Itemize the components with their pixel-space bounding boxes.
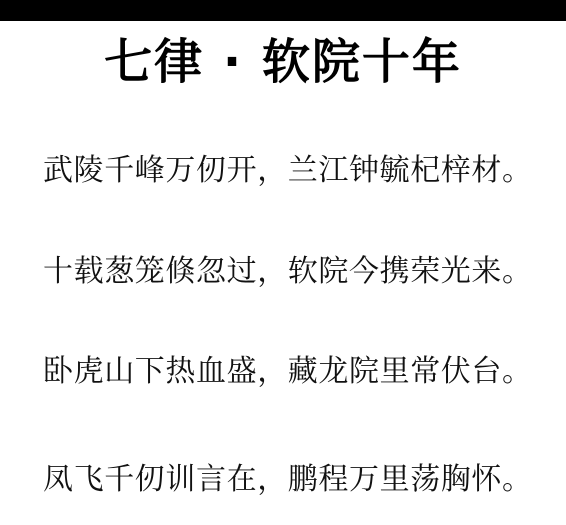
poem-line-1: 武陵千峰万仞开，兰江钟毓杞梓材。 [43,153,563,189]
poem-line-4: 凤飞千仞训言在，鹏程万里荡胸怀。 [43,462,563,498]
poem-line-3: 卧虎山下热血盛，藏龙院里常伏台。 [43,354,563,390]
poem-page: 七律 · 软院十年 武陵千峰万仞开，兰江钟毓杞梓材。 十载葱笼倏忽过，软院今携荣… [0,0,566,525]
poem-title: 七律 · 软院十年 [0,34,566,90]
poem-line-2: 十载葱笼倏忽过，软院今携荣光来。 [43,254,563,290]
top-black-bar [0,0,566,21]
